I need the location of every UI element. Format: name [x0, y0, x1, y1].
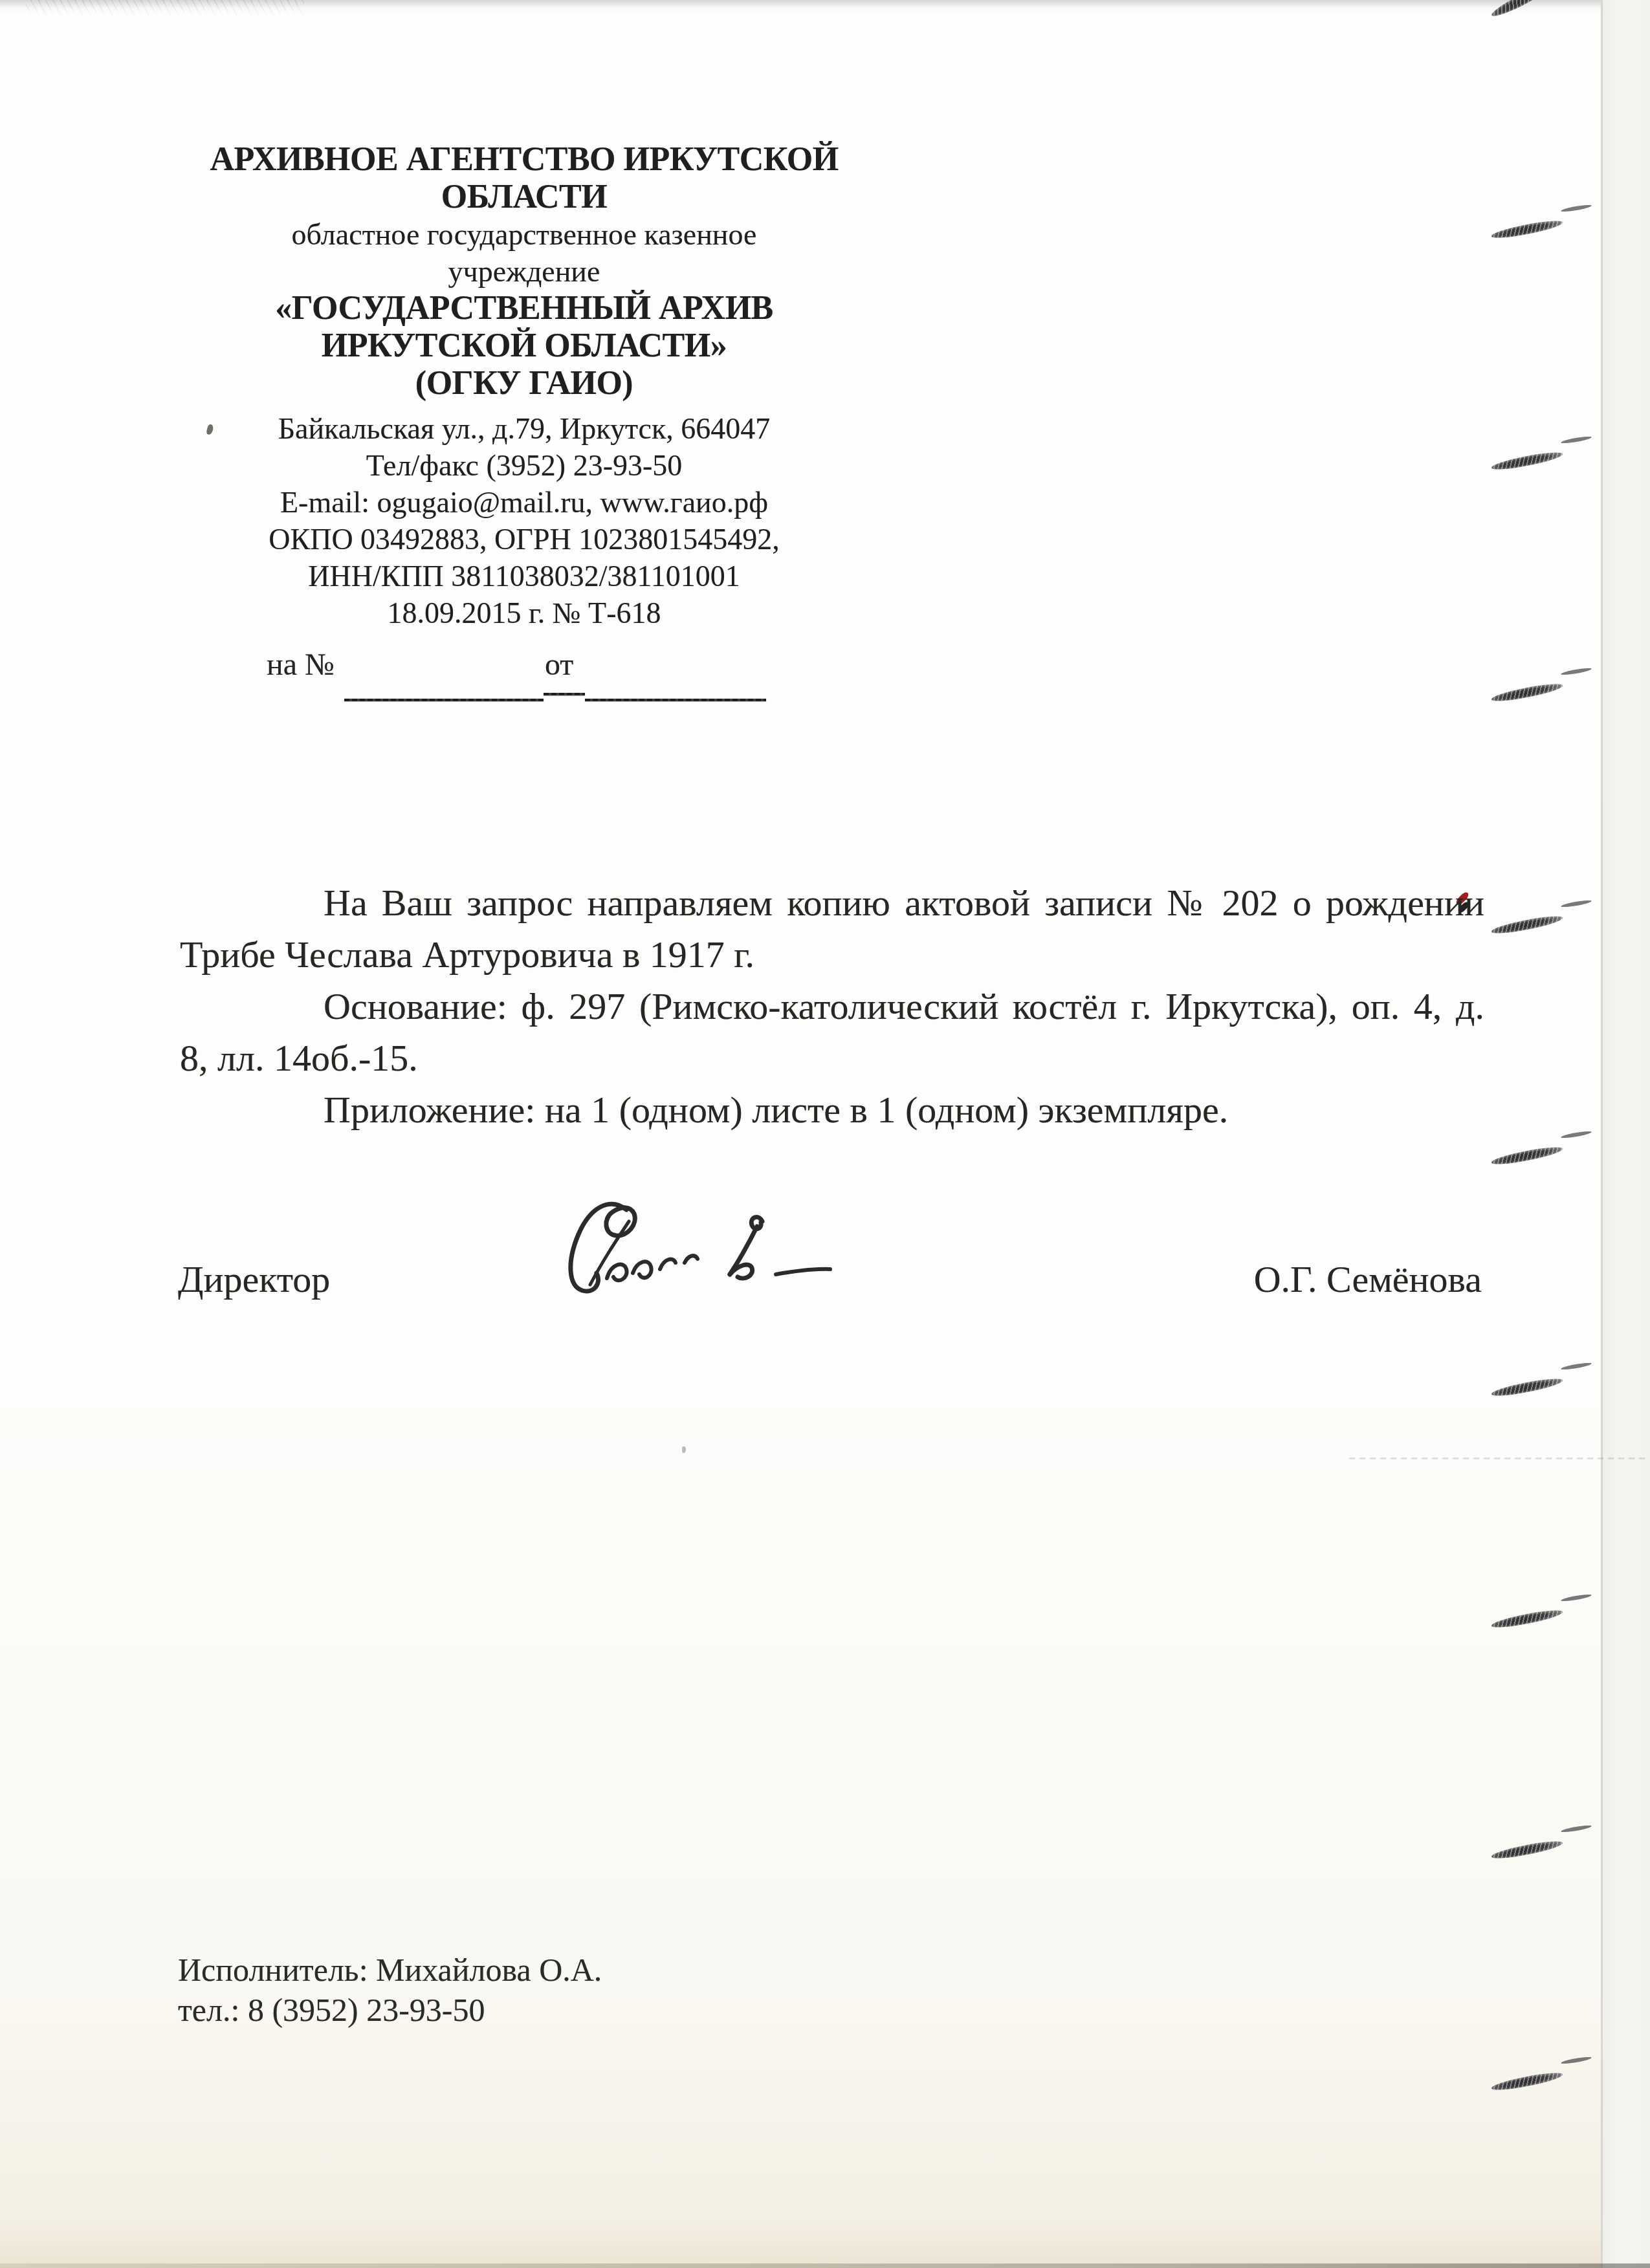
letterhead: АРХИВНОЕ АГЕНТСТВО ИРКУТСКОЙ ОБЛАСТИ обл… — [162, 141, 886, 631]
scanned-letter-page: АРХИВНОЕ АГЕНТСТВО ИРКУТСКОЙ ОБЛАСТИ обл… — [0, 0, 1650, 2268]
agency-name-line: ОБЛАСТИ — [162, 179, 886, 216]
scan-smudge — [1561, 1824, 1592, 1833]
archive-name-line: ИРКУТСКОЙ ОБЛАСТИ» — [162, 327, 886, 365]
body-paragraphs: На Ваш запрос направляем копию актовой з… — [180, 877, 1484, 1136]
scan-smudge — [1561, 2056, 1592, 2065]
page-right-edge — [1601, 0, 1650, 2268]
signer-position-title: Директор — [178, 1258, 330, 1301]
scan-smudge — [1491, 1607, 1564, 1630]
inn-kpp-line: ИНН/КПП 3811038032/381101001 — [162, 558, 886, 594]
scan-smudge — [1561, 1130, 1592, 1139]
scan-smudge — [1491, 913, 1564, 936]
org-type-line: областное государственное казенное — [162, 216, 886, 253]
okpo-ogrn-line: ОКПО 03492883, ОГРН 1023801545492, — [162, 521, 886, 558]
reference-blank-line — [544, 693, 585, 695]
ink-speck — [682, 1446, 686, 1453]
executor-phone-line: тел.: 8 (3952) 23-93-50 — [178, 1990, 602, 2030]
body-line: Приложение: на 1 (одном) листе в 1 (одно… — [180, 1084, 1484, 1136]
scan-smudge — [1491, 1144, 1564, 1167]
scan-bottom-edge-shadow — [0, 2263, 1650, 2268]
handwritten-signature — [562, 1195, 846, 1312]
scan-smudge — [1561, 1593, 1592, 1602]
reference-blank-line — [585, 699, 766, 701]
scan-streak — [1349, 1457, 1647, 1459]
address-line: Байкальская ул., д.79, Иркутск, 664047 — [162, 410, 886, 447]
agency-name-line: АРХИВНОЕ АГЕНТСТВО ИРКУТСКОЙ — [162, 141, 886, 179]
scan-smudge — [1561, 204, 1592, 213]
scan-smudge — [1561, 435, 1592, 444]
scan-smudge — [1491, 217, 1564, 241]
reference-blank-line — [344, 699, 544, 701]
scan-smudge — [1491, 1838, 1564, 1861]
scan-smudge — [1491, 1375, 1564, 1399]
executor-line: Исполнитель: Михайлова О.А. — [178, 1950, 602, 1990]
archive-name-line: (ОГКУ ГАИО) — [162, 365, 886, 402]
archive-name-line: «ГОСУДАРСТВЕННЫЙ АРХИВ — [162, 290, 886, 327]
email-line: E-mail: ogugaio@mail.ru, www.гаио.рф — [162, 484, 886, 521]
body-line: Основание: ф. 297 (Римско-католический к… — [180, 981, 1484, 1032]
reference-ot-label: от — [545, 648, 573, 682]
scan-smudge — [1561, 899, 1592, 908]
body-line: 8, лл. 14об.-15. — [180, 1032, 1484, 1084]
footer: Исполнитель: Михайлова О.А. тел.: 8 (395… — [178, 1950, 602, 2030]
phone-fax-line: Тел/факс (3952) 23-93-50 — [162, 447, 886, 484]
scan-smudge — [1491, 681, 1564, 704]
org-type-line: учреждение — [162, 253, 886, 290]
scan-hatch-artifact — [26, 0, 304, 19]
scan-smudge — [1491, 2069, 1564, 2093]
body-line: На Ваш запрос направляем копию актовой з… — [180, 877, 1484, 929]
date-number-line: 18.09.2015 г. № Т-618 — [162, 594, 886, 631]
scan-smudge — [1561, 667, 1592, 676]
scan-smudge — [1561, 1362, 1592, 1371]
reference-na-label: на № — [267, 648, 335, 682]
scan-smudge — [1491, 449, 1564, 472]
body-line: Трибе Чеслава Артуровича в 1917 г. — [180, 929, 1484, 981]
signer-name: О.Г. Семёнова — [1254, 1258, 1482, 1301]
